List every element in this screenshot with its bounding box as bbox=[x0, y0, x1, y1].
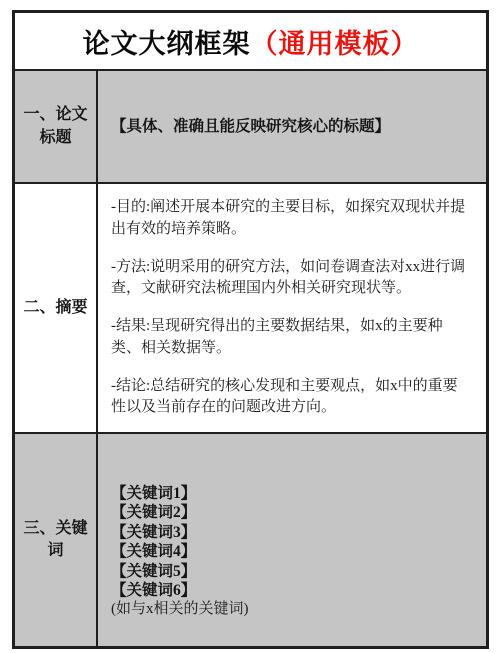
title-main: 论文大纲框架 bbox=[83, 22, 251, 61]
paper-title-placeholder: 【具体、准确且能反映研究核心的标题】 bbox=[111, 117, 472, 136]
keyword-item-3: 【关键词3】 bbox=[111, 523, 472, 542]
row-paper-title-content: 【具体、准确且能反映研究核心的标题】 bbox=[98, 71, 486, 182]
table-title-row: 论文大纲框架（通用模板） bbox=[15, 13, 486, 71]
keyword-item-5: 【关键词5】 bbox=[111, 562, 472, 581]
label-line: 标题 bbox=[39, 127, 71, 149]
keyword-item-4: 【关键词4】 bbox=[111, 542, 472, 561]
keyword-item-2: 【关键词2】 bbox=[111, 503, 472, 522]
row-paper-title-label: 一、论文 标题 bbox=[15, 71, 98, 182]
outline-table: 论文大纲框架（通用模板） 一、论文 标题 【具体、准确且能反映研究核心的标题】 … bbox=[12, 10, 489, 649]
keyword-item-6: 【关键词6】 bbox=[111, 581, 472, 600]
label-line: 词 bbox=[47, 540, 63, 562]
abstract-paragraph-method: -方法:说明采用的研究方法，如问卷调查法对xx进行调查，文献研究法梳理国内外相关… bbox=[111, 257, 472, 301]
keyword-item-1: 【关键词1】 bbox=[111, 484, 472, 503]
row-abstract: 二、摘要 -目的:阐述开展本研究的主要目标，如探究双现状并提出有效的培养策略。 … bbox=[15, 184, 486, 434]
label-line: 二、摘要 bbox=[23, 297, 87, 319]
row-keywords-label: 三、关键 词 bbox=[15, 434, 98, 646]
page: 论文大纲框架（通用模板） 一、论文 标题 【具体、准确且能反映研究核心的标题】 … bbox=[0, 0, 500, 653]
row-keywords-content: 【关键词1】 【关键词2】 【关键词3】 【关键词4】 【关键词5】 【关键词6… bbox=[98, 434, 486, 646]
row-keywords: 三、关键 词 【关键词1】 【关键词2】 【关键词3】 【关键词4】 【关键词5… bbox=[15, 434, 486, 646]
abstract-paragraph-purpose: -目的:阐述开展本研究的主要目标，如探究双现状并提出有效的培养策略。 bbox=[111, 197, 472, 241]
row-paper-title: 一、论文 标题 【具体、准确且能反映研究核心的标题】 bbox=[15, 71, 486, 184]
title-highlight: （通用模板） bbox=[251, 22, 419, 61]
row-abstract-label: 二、摘要 bbox=[15, 184, 98, 432]
keywords-note: (如与x相关的关键词) bbox=[111, 600, 472, 620]
label-line: 三、关键 bbox=[23, 518, 87, 540]
abstract-paragraph-result: -结果:呈现研究得出的主要数据结果，如x的主要种类、相关数据等。 bbox=[111, 316, 472, 360]
abstract-paragraph-conclusion: -结论:总结研究的核心发现和主要观点，如x中的重要性以及当前存在的问题改进方向。 bbox=[111, 376, 472, 420]
row-abstract-content: -目的:阐述开展本研究的主要目标，如探究双现状并提出有效的培养策略。 -方法:说… bbox=[98, 184, 486, 432]
label-line: 一、论文 bbox=[23, 104, 87, 126]
